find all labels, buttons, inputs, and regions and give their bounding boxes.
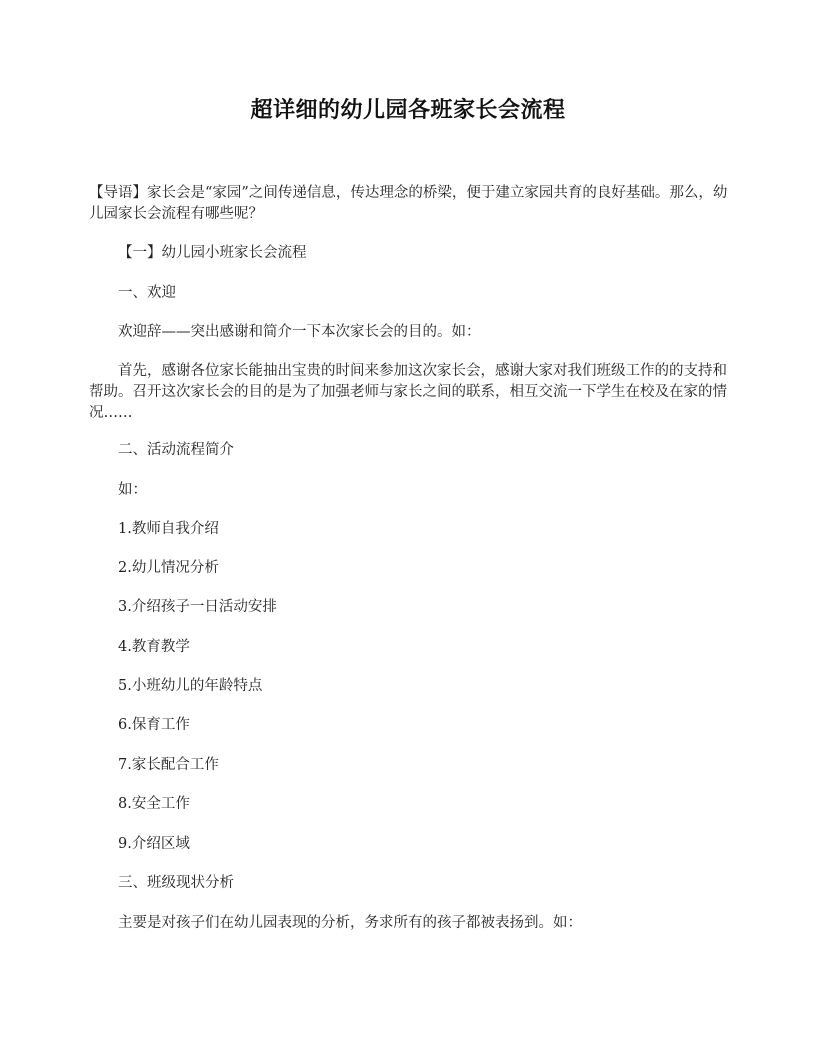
- part2-heading: 二、活动流程简介: [89, 440, 729, 461]
- list-item: 9.介绍区域: [89, 834, 729, 855]
- part1-welcome-text: 欢迎辞——突出感谢和简介一下本次家长会的目的。如：: [89, 322, 729, 343]
- list-item: 8.安全工作: [89, 794, 729, 815]
- part2-example-label: 如：: [89, 480, 729, 501]
- part3-paragraph: 主要是对孩子们在幼儿园表现的分析，务求所有的孩子都被表扬到。如：: [89, 913, 729, 934]
- part3-heading: 三、班级现状分析: [89, 873, 729, 894]
- list-item: 2.幼儿情况分析: [89, 558, 729, 579]
- list-item: 1.教师自我介绍: [89, 519, 729, 540]
- document-page: 超详细的幼儿园各班家长会流程 【导语】家长会是“家园”之间传递信息，传达理念的桥…: [0, 0, 816, 1056]
- intro-paragraph: 【导语】家长会是“家园”之间传递信息，传达理念的桥梁，便于建立家园共育的良好基础…: [89, 183, 729, 225]
- part1-example-paragraph: 首先，感谢各位家长能抽出宝贵的时间来参加这次家长会，感谢大家对我们班级工作的的支…: [89, 361, 729, 424]
- list-item: 7.家长配合工作: [89, 755, 729, 776]
- list-item: 6.保育工作: [89, 715, 729, 736]
- part1-heading: 一、欢迎: [89, 283, 729, 304]
- document-title: 超详细的幼儿园各班家长会流程: [0, 96, 816, 126]
- list-item: 3.介绍孩子一日活动安排: [89, 597, 729, 618]
- list-item: 4.教育教学: [89, 637, 729, 658]
- section-heading: 【一】幼儿园小班家长会流程: [89, 243, 729, 264]
- list-item: 5.小班幼儿的年龄特点: [89, 676, 729, 697]
